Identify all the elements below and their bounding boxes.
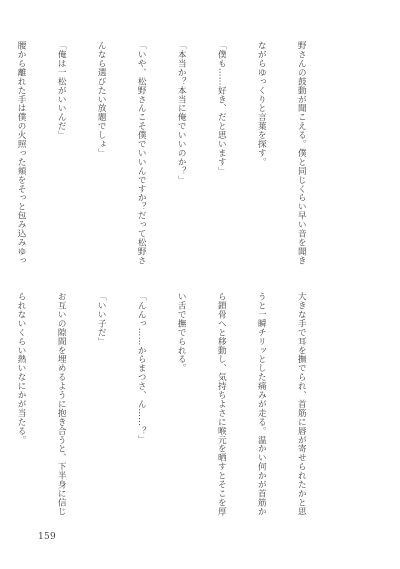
text-block-top: 野さんの鼓動が聞こえる。僕と同じくらい早い音を聞き ながらゆっくりと言葉を探す。… [0, 41, 334, 269]
text-line: 「んんっ……からまつさ、ん……？」 [134, 292, 147, 520]
text-line: ら鎖骨へと移動し、気持ちよさに喉元を晒すとそこを厚 [214, 292, 227, 520]
text-line: い舌で撫でられる。 [174, 292, 187, 520]
text-line: 大きな手で耳を撫でられ、首筋に唇が寄せられたかと思 [294, 292, 307, 520]
text-line: 「僕も……好き、だと思います」 [214, 41, 227, 269]
text-line: んなら選びたい放題でしょ」 [94, 41, 107, 269]
text-line: お互いの隙間を埋めるように抱き合うと、下半身に信じ [54, 292, 67, 520]
text-line: ながらゆっくりと言葉を探す。 [254, 41, 267, 269]
text-line: うと一瞬チリッとした痛みが走る。温かい何かが首筋か [254, 292, 267, 520]
page-number: 159 [38, 532, 56, 542]
text-line: 「いや、松野さんこそ僕でいいんですか？だって松野さ [134, 41, 147, 269]
text-line: られないくらい熱いなにかが当たる。 [14, 292, 27, 520]
text-line: 腰から離れた手は僕の火照った頬をそっと包み込みゆっ [14, 41, 27, 269]
text-line: 「いい子だ」 [94, 292, 107, 520]
text-block-bottom: 大きな手で耳を撫でられ、首筋に唇が寄せられたかと思 うと一瞬チリッとした痛みが走… [0, 292, 334, 520]
text-line: 野さんの鼓動が聞こえる。僕と同じくらい早い音を聞き [294, 41, 307, 269]
text-line: 「本当か？本当に俺でいいのか？」 [174, 41, 187, 269]
text-line: 「俺は一松がいいんだ」 [54, 41, 67, 269]
book-page: 野さんの鼓動が聞こえる。僕と同じくらい早い音を聞き ながらゆっくりと言葉を探す。… [0, 0, 400, 569]
